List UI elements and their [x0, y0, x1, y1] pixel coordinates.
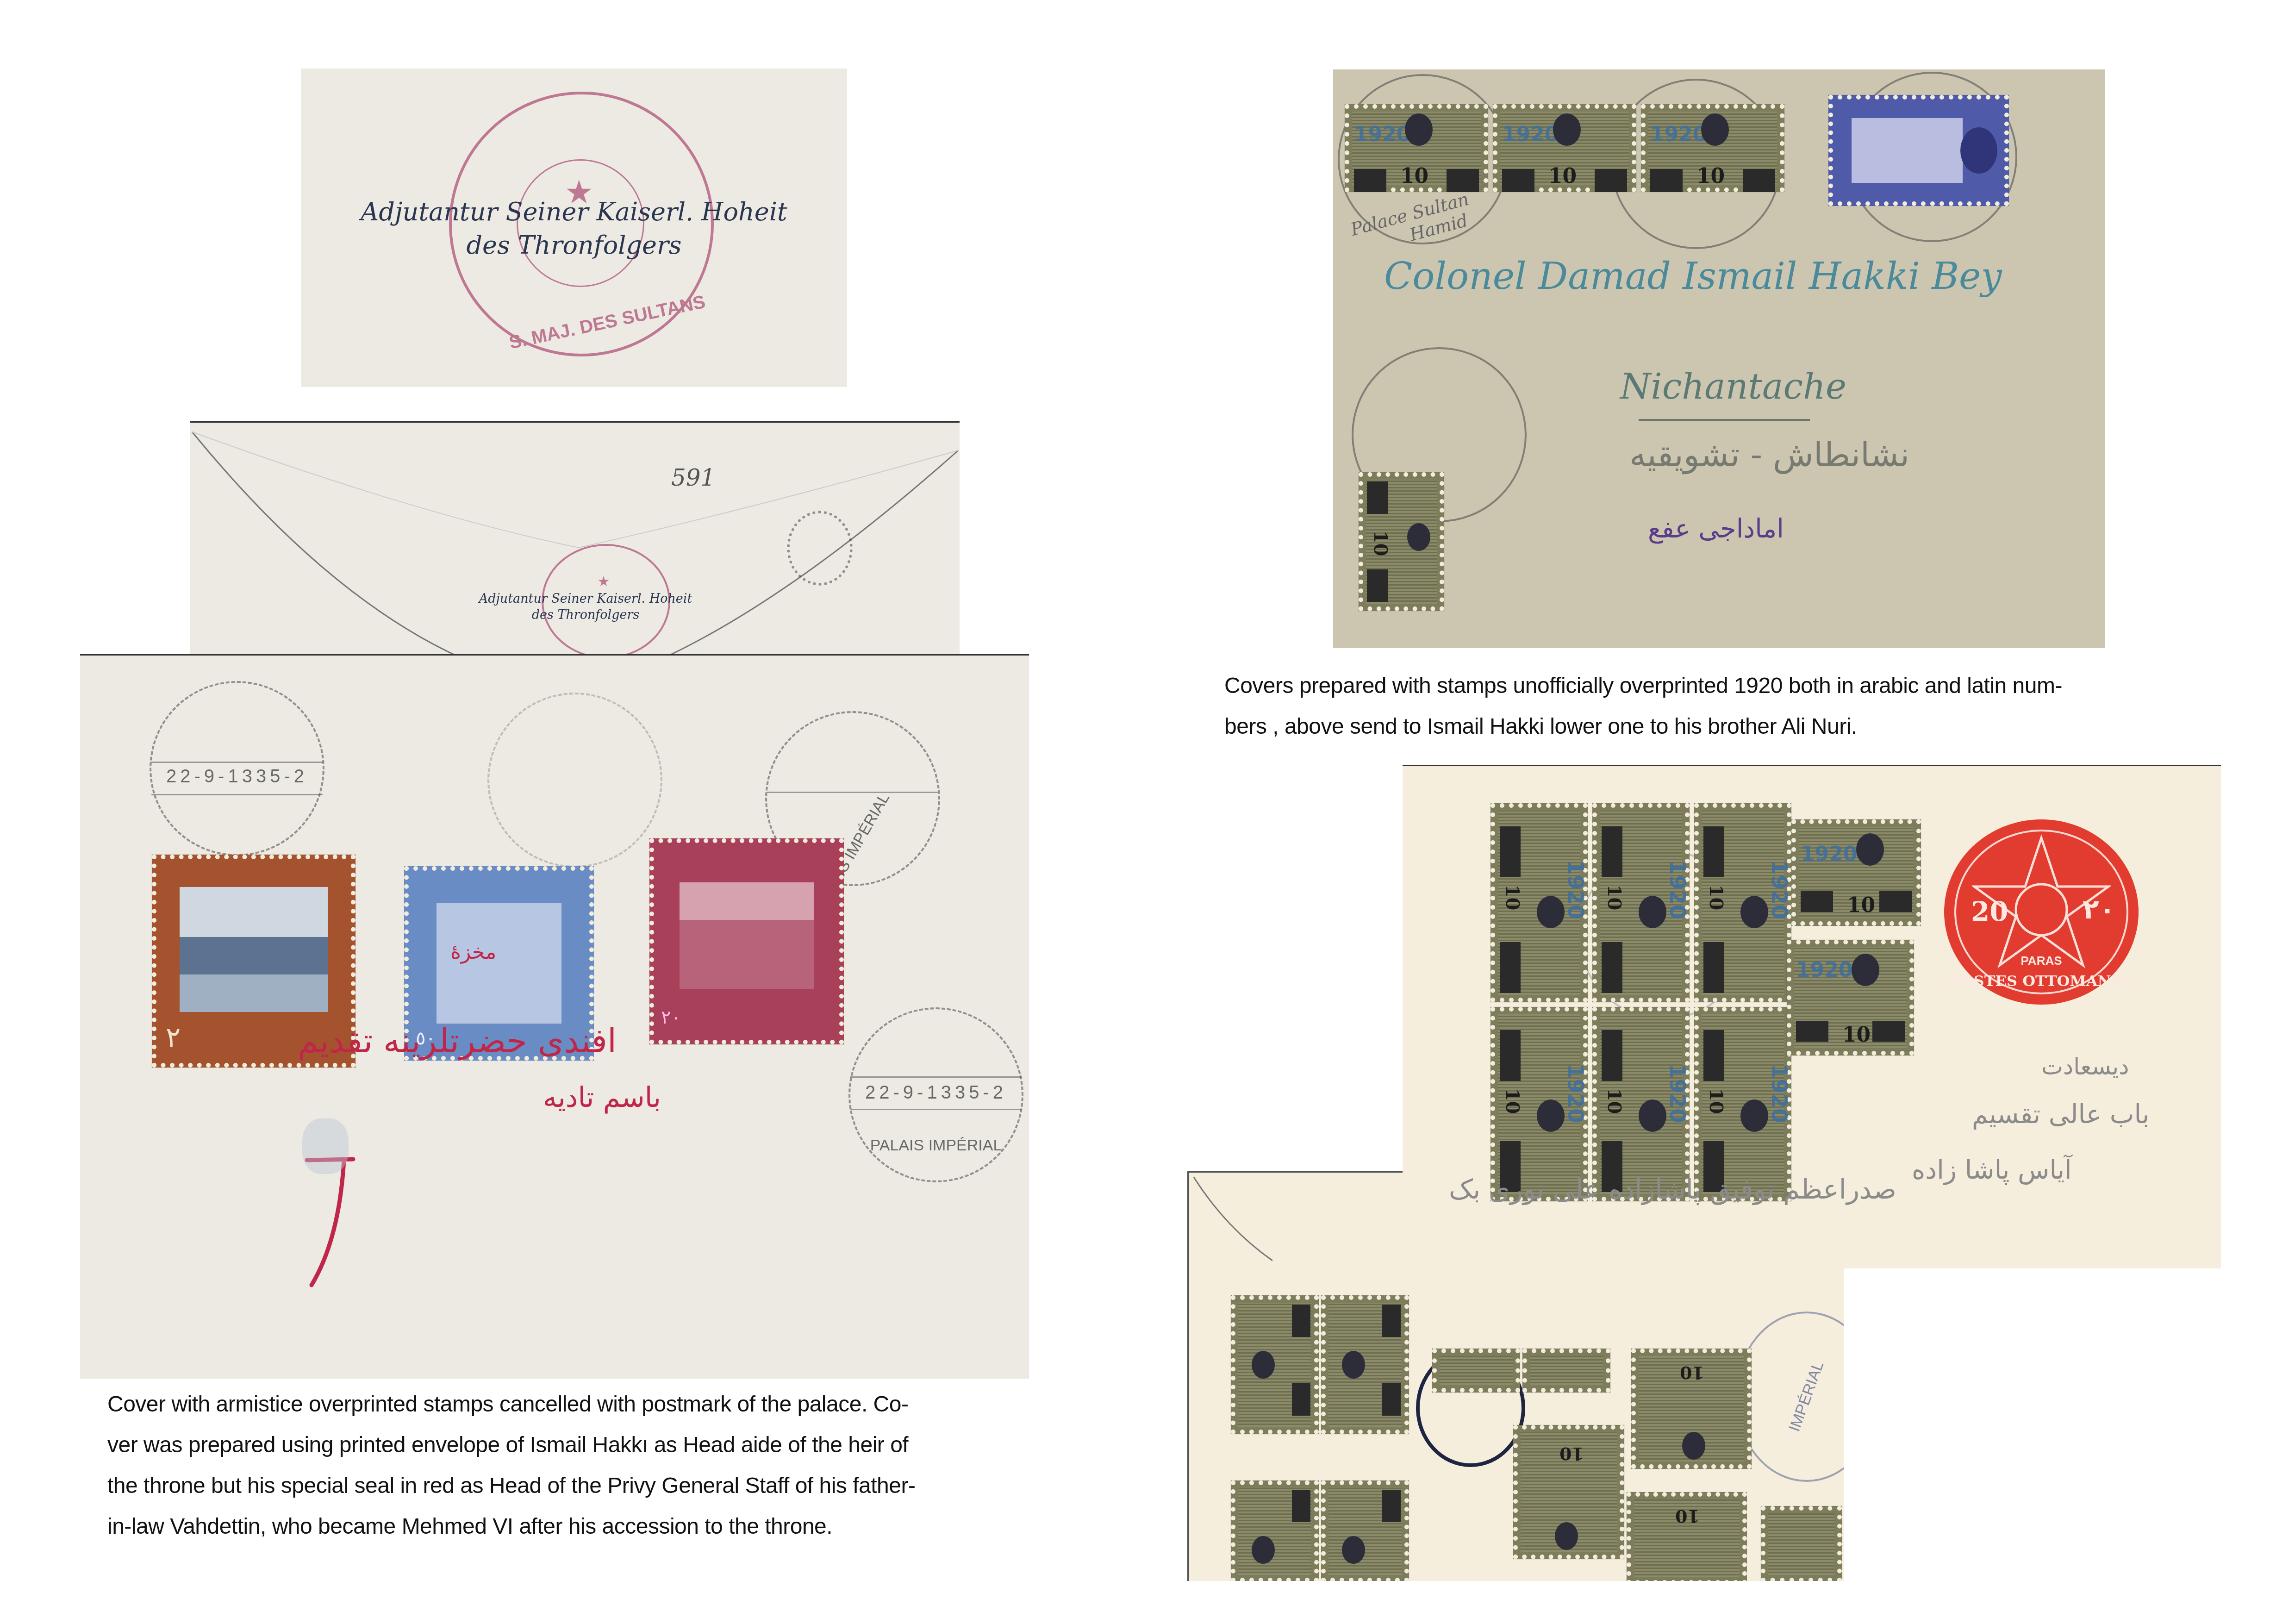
red-inscription-line2: باسم تادیه — [543, 1081, 661, 1114]
claret-armistice-stamp: ٢٠ — [649, 838, 844, 1044]
cream-cover-image: 192010 192010 192010 192010 192010 19201… — [1403, 765, 2221, 1268]
caption-line: the throne but his special seal in red a… — [107, 1466, 1056, 1506]
olive-1920-stamp-vertical: 192010 — [1491, 1007, 1588, 1201]
back-postmark — [787, 511, 853, 586]
olive-1920-stamp: 1920 10 — [1641, 104, 1784, 192]
address-arabic-4: صدراعظم توفیق پاشازاده علی نوری بک — [1449, 1174, 1896, 1205]
olive-1920-stamp-vertical: 192010 — [1592, 1007, 1690, 1201]
palace-cover-image: 22-9-1335-2 PALAIS IMPÉRIAL 22-9-1335-2 … — [80, 654, 1029, 1379]
olive-stamp — [1321, 1480, 1409, 1581]
blue-map-stamp — [1828, 95, 2009, 206]
olive-stamp: 10 — [1513, 1425, 1624, 1559]
envelope-header-image: ★ S. MAJ. DES SULTANS Adjutantur Seiner … — [301, 69, 847, 387]
printed-heading-line1: Adjutantur Seiner Kaiserl. Hoheit — [449, 592, 722, 606]
olive-1920-stamp-vertical: 10 — [1359, 472, 1444, 611]
olive-stamp — [1522, 1349, 1610, 1393]
olive-stamp — [1321, 1295, 1409, 1434]
palace-postmark: 22-9-1335-2 PALAIS IMPÉRIAL — [848, 1007, 1023, 1182]
olive-1920-stamp-vertical: 192010 — [1592, 803, 1690, 1002]
olive-1920-stamp-vertical: 192010 — [1491, 803, 1588, 1002]
caption-line: Cover with armistice overprinted stamps … — [107, 1384, 1056, 1425]
address-arabic: نشانطاش - تشویقیه — [1629, 435, 1909, 474]
postmark — [487, 693, 662, 868]
olive-stamp — [1231, 1480, 1319, 1581]
caption-line: in-law Vahdettin, who became Mehmed VI a… — [107, 1506, 1056, 1547]
olive-stamp: 10 — [1631, 1349, 1752, 1469]
indicium-value-arabic: ٢٠ — [2083, 893, 2115, 925]
olive-1920-stamp: 1920 10 — [1493, 104, 1636, 192]
printed-heading-line2: des Thronfolgers — [449, 608, 722, 622]
address-arabic-1: دیسعادت — [2041, 1053, 2129, 1080]
indicium-unit: PARAS — [1944, 954, 2139, 968]
address-line1: Colonel Damad Ismail Hakki Bey — [1384, 255, 2002, 298]
postmark: 22-9-1335-2 — [150, 681, 324, 856]
postal-stationery-indicium: 20 ٢٠ PARAS POSTES OTTOMANES — [1944, 819, 2139, 1005]
red-inscription-line1: افندی حضرتلرینه تقدیم — [298, 1021, 617, 1060]
envelope-back-image: 591 ★ Adjutantur Seiner Kaiserl. Hoheit … — [190, 421, 960, 657]
underline — [1639, 419, 1810, 421]
tan-cover-image: 1920 10 1920 10 1920 10 10 Palace Sultan… — [1333, 69, 2105, 648]
paper-thin-spot — [302, 1118, 349, 1174]
caption-line: ver was prepared using printed envelope … — [107, 1425, 1056, 1466]
palace-cover-caption: Cover with armistice overprinted stamps … — [107, 1384, 1056, 1547]
address-arabic-3: آیاس پاشا زاده — [1912, 1155, 2072, 1185]
olive-1920-stamp-vertical: 192010 — [1694, 803, 1791, 1002]
olive-stamp — [1231, 1295, 1319, 1434]
address-line2: Nichantache — [1620, 366, 1846, 407]
caption-line: bers , above send to Ismail Hakki lower … — [1224, 706, 2243, 747]
star-icon: ★ — [594, 574, 613, 590]
indicium-value: 20 — [1971, 896, 2008, 927]
olive-1920-stamp: 1920 10 — [1345, 104, 1488, 192]
pencil-number: 591 — [671, 464, 715, 491]
printed-heading-line1: Adjutantur Seiner Kaiserl. Hoheit — [301, 197, 847, 226]
address-arabic-2: باب عالی تقسیم — [1972, 1099, 2149, 1130]
seal-text: S. MAJ. DES SULTANS — [507, 292, 707, 354]
olive-stamp — [1761, 1506, 1842, 1581]
olive-1920-stamp-vertical: 192010 — [1694, 1007, 1791, 1201]
olive-stamp: 10 — [1627, 1492, 1747, 1581]
overprint-covers-caption: Covers prepared with stamps unofficially… — [1224, 666, 2243, 747]
caption-line: Covers prepared with stamps unofficially… — [1224, 666, 2243, 706]
olive-1920-stamp: 192010 — [1791, 819, 1921, 926]
indicium-legend: POSTES OTTOMANES — [1944, 972, 2139, 990]
address-arabic-2: اماداجی عفع — [1648, 514, 1784, 544]
olive-1920-stamp: 192010 — [1787, 940, 1914, 1056]
printed-heading-line2: des Thronfolgers — [301, 231, 847, 260]
olive-stamp — [1432, 1349, 1520, 1393]
